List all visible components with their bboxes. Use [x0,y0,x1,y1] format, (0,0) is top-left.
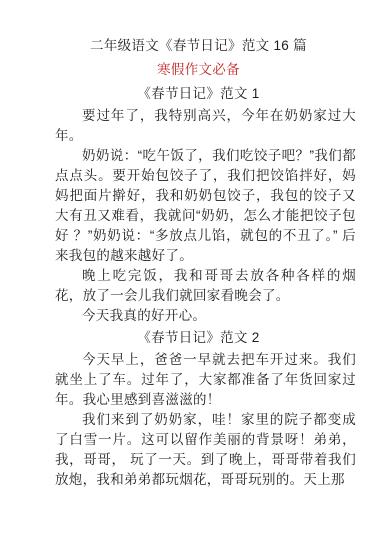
paragraph: 晚上吃完饭，我和哥哥去放各种各样的烟花，放了一会儿我们就回家看晚会了。 [55,266,356,306]
paragraph: 奶奶说：“吃午饭了，我们吃饺子吧？”我们都点点头。要开始包饺子了，我们把饺馅拌好… [55,146,356,266]
essay-heading: 《春节日记》范文 2 [41,326,356,350]
paragraph: 我们来到了奶奶家，哇！家里的院子都变成了白雪一片。这可以留作美丽的背景呀！弟弟，… [55,410,356,490]
paragraph: 今天我真的好开心。 [55,306,356,326]
doc-subtitle: 寒假作文必备 [41,58,356,82]
paragraph: 要过年了，我特别高兴，今年在奶奶家过大年。 [55,106,356,146]
paragraph: 今天早上，爸爸一早就去把车开过来。我们就坐上了车。过年了，大家都准备了年货回家过… [55,350,356,410]
document-page: 二年级语文《春节日记》范文 16 篇寒假作文必备《春节日记》范文 1要过年了，我… [0,0,382,540]
essay-heading: 《春节日记》范文 1 [41,82,356,106]
doc-title: 二年级语文《春节日记》范文 16 篇 [41,34,356,58]
document-content: 二年级语文《春节日记》范文 16 篇寒假作文必备《春节日记》范文 1要过年了，我… [0,0,382,490]
